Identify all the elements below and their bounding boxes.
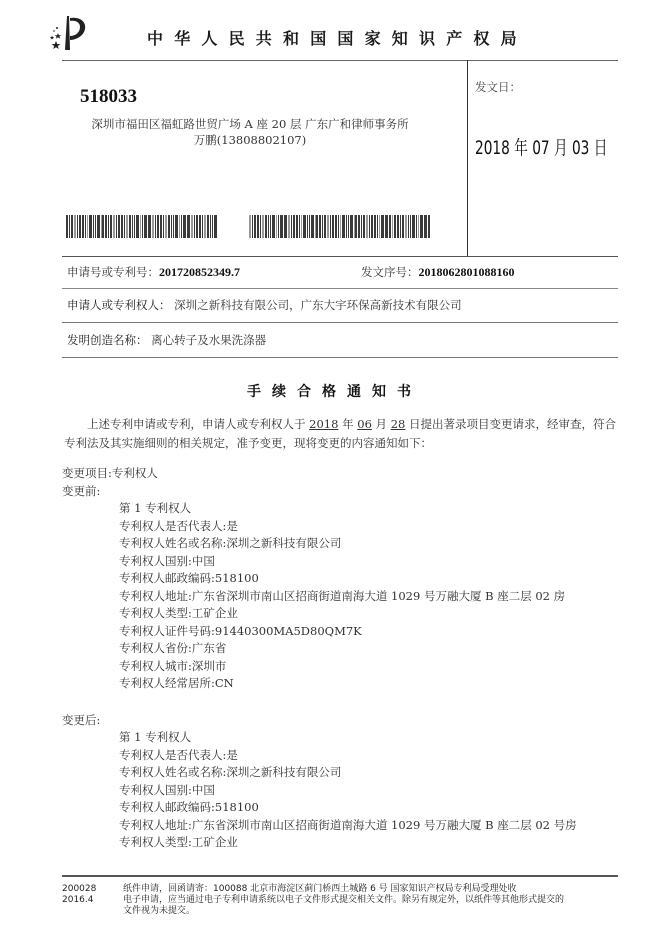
date-column-divider: [467, 60, 468, 256]
list-item: 专利权人证件号码:91440300MA5D80QM7K: [119, 623, 565, 641]
application-number: 201720852349.7: [159, 265, 240, 279]
applicant-label: 申请人或专利权人：: [67, 298, 171, 312]
list-item: 专利权人姓名或名称:深圳之新科技有限公司: [119, 764, 577, 782]
row-divider-2: [62, 322, 618, 323]
list-item: 专利权人邮政编码:518100: [119, 570, 565, 588]
issue-date: 2018 年 07 月 03 日: [475, 133, 607, 160]
change-item: 变更项目:专利权人: [62, 465, 158, 483]
list-item: 专利权人姓名或名称:深圳之新科技有限公司: [119, 535, 565, 553]
cnipa-emblem-icon: [48, 14, 100, 54]
list-item: 专利权人国别:中国: [119, 782, 577, 800]
list-item: 专利权人地址:广东省深圳市南山区招商街道南海大道 1029 号万融大厦 B 座二…: [119, 817, 577, 835]
list-item: 专利权人经常居所:CN: [119, 675, 565, 693]
notice-title: 手续合格通知书: [0, 381, 669, 401]
list-item: 专利权人邮政编码:518100: [119, 799, 577, 817]
address-line-1: 深圳市福田区福虹路世贸广场 A 座 20 层 广东广和律师事务所: [60, 116, 440, 132]
list-item: 专利权人类型:工矿企业: [119, 834, 577, 852]
form-code: 200028: [62, 884, 96, 895]
before-list: 第 1 专利权人专利权人是否代表人:是专利权人姓名或名称:深圳之新科技有限公司专…: [119, 500, 565, 693]
serial-number-label: 发文序号：: [361, 265, 419, 279]
list-item: 专利权人类型:工矿企业: [119, 605, 565, 623]
list-item: 第 1 专利权人: [119, 729, 577, 747]
barcode-divider: [62, 256, 618, 257]
invention-label: 发明创造名称：: [67, 333, 148, 347]
footer-divider: [62, 875, 618, 877]
applicant-value: 深圳之新科技有限公司，广东大宇环保高新技术有限公司: [174, 298, 462, 312]
after-label: 变更后:: [62, 712, 100, 730]
address-line-2: 万鹏(13808802107): [60, 132, 440, 148]
request-day: 28: [391, 417, 406, 431]
request-year: 2018: [309, 417, 338, 431]
list-item: 专利权人是否代表人:是: [119, 518, 565, 536]
footer-line-2: 电子申请，应当通过电子专利申请系统以电子文件形式提交相关文件。除另有规定外，以纸…: [123, 895, 623, 906]
request-month: 06: [357, 417, 372, 431]
mailing-address: 深圳市福田区福虹路世贸广场 A 座 20 层 广东广和律师事务所 万鹏(1380…: [60, 116, 440, 148]
issue-date-label: 发文日：: [475, 79, 521, 95]
footer-line-3: 文件视为未提交。: [123, 906, 623, 917]
notice-paragraph: 上述专利申请或专利，申请人或专利权人于 2018 年 06 月 28 日提出著录…: [64, 415, 624, 453]
list-item: 专利权人省份:广东省: [119, 640, 565, 658]
serial-number: 2018062801088160: [419, 265, 515, 279]
application-number-row: 申请号或专利号：201720852349.7: [67, 264, 240, 280]
serial-number-row: 发文序号：2018062801088160: [361, 264, 515, 280]
list-item: 专利权人是否代表人:是: [119, 747, 577, 765]
list-item: 第 1 专利权人: [119, 500, 565, 518]
row-divider-1: [62, 288, 618, 289]
list-item: 专利权人国别:中国: [119, 553, 565, 571]
list-item: 专利权人地址:广东省深圳市南山区招商街道南海大道 1029 号万融大厦 B 座二…: [119, 588, 565, 606]
barcode-left: [66, 215, 217, 238]
postcode: 518033: [80, 86, 137, 108]
agency-name: 中华人民共和国国家知识产权局: [147, 26, 528, 49]
invention-row: 发明创造名称： 离心转子及水果洗涤器: [67, 332, 266, 348]
footer-notes: 纸件申请，回函请寄：100088 北京市海淀区蓟门桥西土城路 6 号 国家知识产…: [123, 884, 623, 917]
form-date: 2016.4: [62, 895, 96, 906]
list-item: 专利权人城市:深圳市: [119, 658, 565, 676]
header-divider: [62, 60, 618, 61]
barcode-right: [249, 215, 430, 238]
footer-form-code: 200028 2016.4: [62, 884, 96, 906]
applicant-row: 申请人或专利权人： 深圳之新科技有限公司，广东大宇环保高新技术有限公司: [67, 297, 462, 313]
before-label: 变更前:: [62, 483, 100, 501]
invention-value: 离心转子及水果洗涤器: [151, 333, 266, 347]
footer-line-1: 纸件申请，回函请寄：100088 北京市海淀区蓟门桥西土城路 6 号 国家知识产…: [123, 884, 623, 895]
row-divider-3: [62, 357, 618, 358]
after-list: 第 1 专利权人专利权人是否代表人:是专利权人姓名或名称:深圳之新科技有限公司专…: [119, 729, 577, 852]
application-number-label: 申请号或专利号：: [67, 265, 159, 279]
